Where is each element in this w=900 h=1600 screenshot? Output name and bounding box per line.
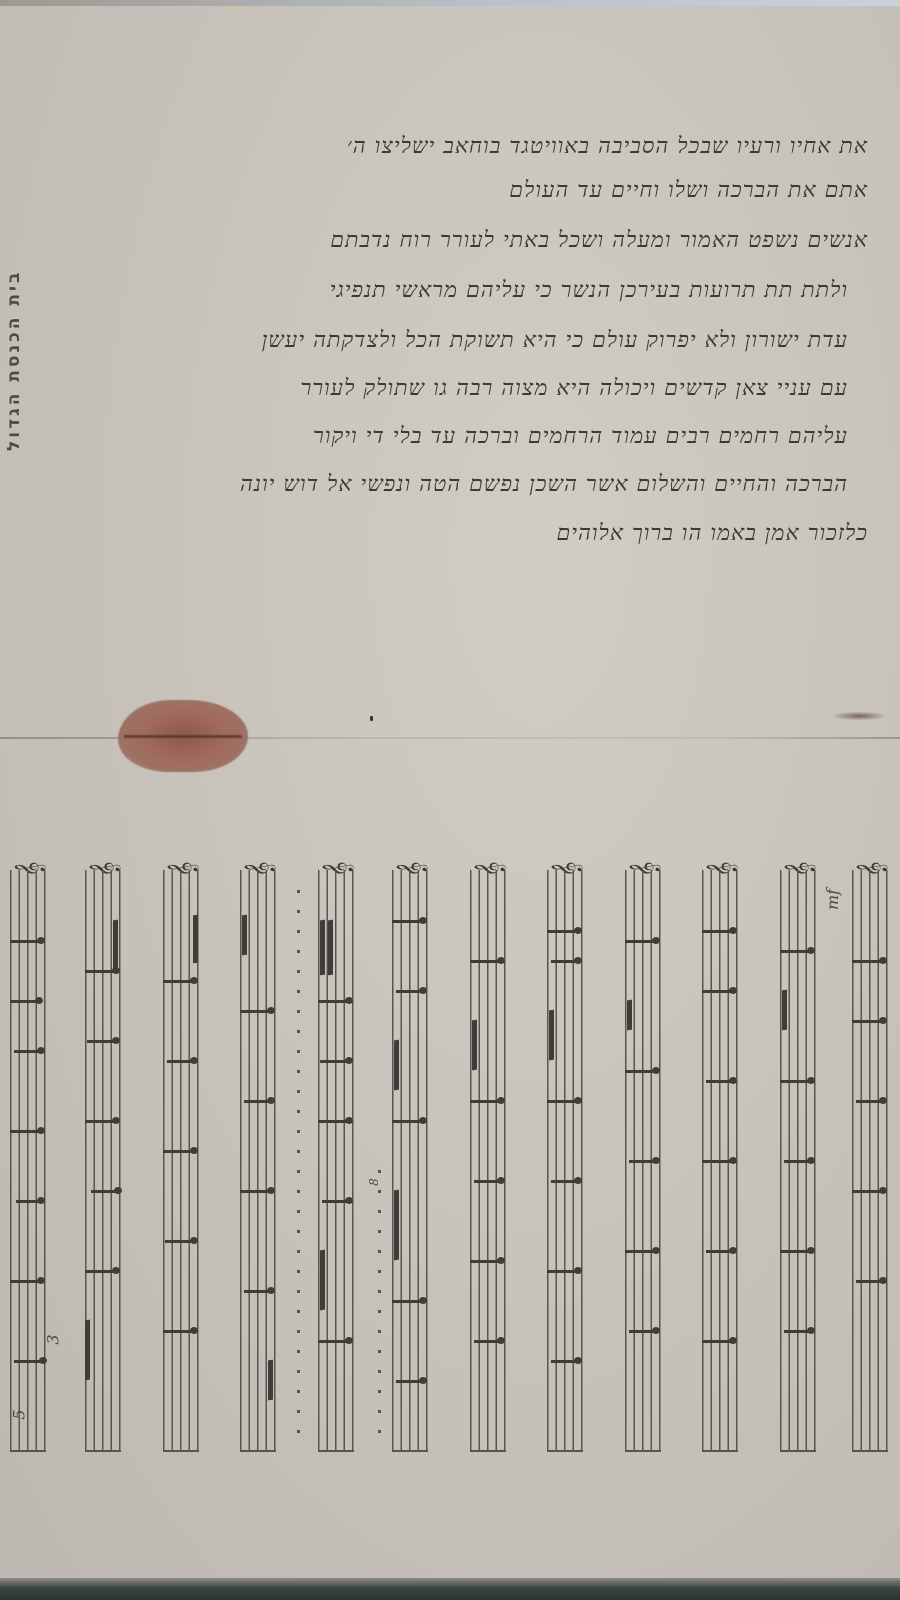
letter-line-4: ולתת תת תרועות בעירכן הנשר כי עליהם מראש… bbox=[330, 277, 848, 303]
letter-line-9: כלזכור אמן באמו הו ברוך אלוהים bbox=[556, 520, 868, 546]
dotted-line bbox=[297, 890, 300, 1450]
sheet-music: 𝄞 𝄞 𝄞 𝄞 bbox=[0, 840, 900, 1460]
ink-speck bbox=[370, 716, 373, 721]
page-number-marking: 5 bbox=[10, 1409, 29, 1419]
music-staff-6: 𝄞 bbox=[392, 860, 432, 1450]
music-staff-8: 𝄞 bbox=[547, 860, 587, 1450]
music-staff-5: 𝄞 bbox=[318, 860, 358, 1450]
margin-stamp: בית הכנסת הגדול bbox=[4, 240, 44, 480]
letter-line-3: אנשים נשפט האמור ומעלה ושכל באתי לעורר ר… bbox=[330, 227, 868, 253]
edge-stain bbox=[834, 712, 884, 720]
photo-background-bottom bbox=[0, 1578, 900, 1600]
music-staff-2: 𝄞 bbox=[85, 860, 125, 1450]
octave-marking: 8 bbox=[367, 1178, 381, 1186]
music-staff-7: 𝄞 bbox=[470, 860, 510, 1450]
music-staff-9: 𝄞 bbox=[625, 860, 665, 1450]
dynamic-mf-marking: mf bbox=[823, 889, 842, 910]
music-staff-12: 𝄞 bbox=[852, 860, 892, 1450]
letter-line-1: את אחיו ורעיו שבכל הסביבה באוויטגד בוחאב… bbox=[347, 133, 868, 159]
letter-line-6: עם עניי צאן קדשים ויכולה היא מצוה רבה גו… bbox=[300, 375, 848, 401]
letter-line-8: הברכה והחיים והשלום אשר השכן נפשם הטה ונ… bbox=[240, 471, 848, 497]
letter-line-5: עדת ישורון ולא יפרוק עולם כי היא תשוקת ה… bbox=[262, 327, 848, 353]
wax-seal-stain bbox=[118, 700, 248, 772]
music-staff-4: 𝄞 bbox=[240, 860, 280, 1450]
letter-line-2: אתם את הברכה ושלו וחיים עד העולם bbox=[509, 177, 868, 203]
music-staff-10: 𝄞 bbox=[702, 860, 742, 1450]
music-staff-1: 𝄞 bbox=[10, 860, 50, 1450]
triplet-marking: 3 bbox=[44, 1334, 63, 1344]
dotted-line bbox=[378, 1170, 381, 1450]
music-staff-11: 𝄞 bbox=[780, 860, 820, 1450]
letter-line-7: עליהם רחמים רבים עמוד הרחמים וברכה עד בל… bbox=[313, 423, 848, 449]
music-staff-3: 𝄞 bbox=[163, 860, 203, 1450]
